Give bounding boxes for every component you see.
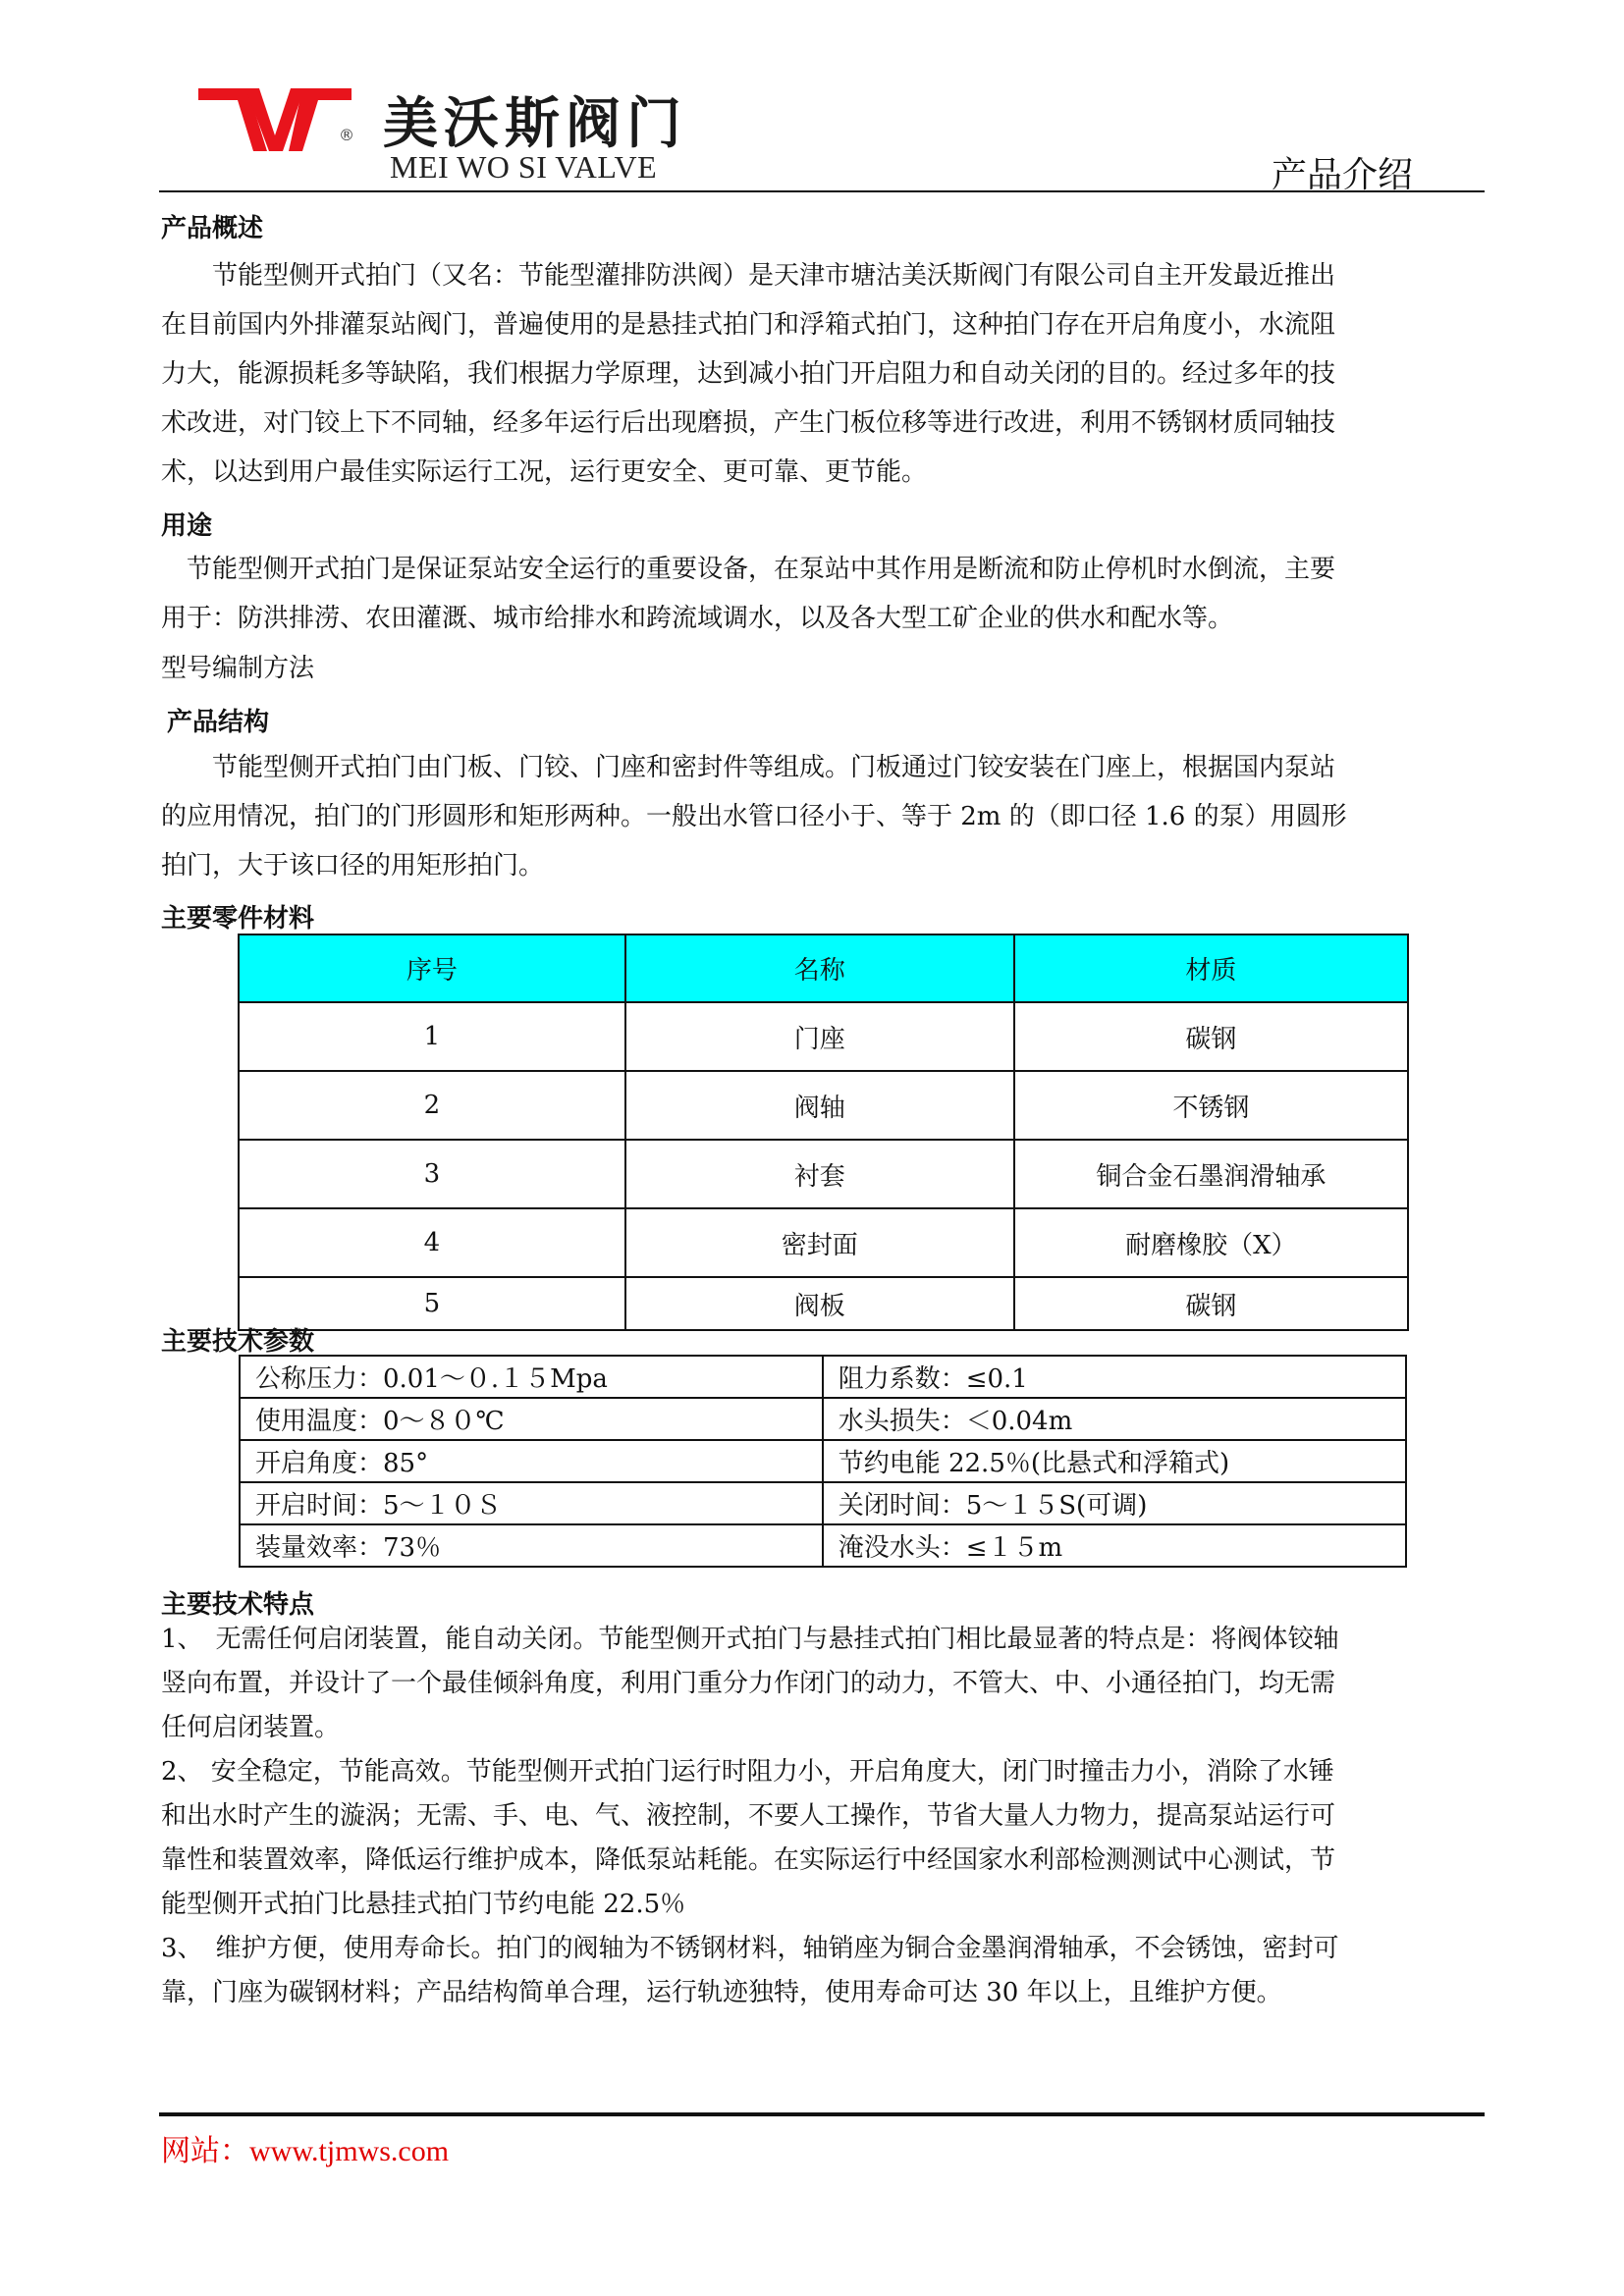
heading-parameters: 主要技术参数 [161,1321,314,1358]
param-cell: 阻力系数：≤0.1 [823,1356,1406,1398]
cell-index: 1 [239,1002,625,1071]
cell-part-name: 门座 [625,1002,1014,1071]
heading-usage: 用途 [161,506,212,542]
param-cell: 公称压力：0.01～０.１５Mpa [240,1356,823,1398]
parameters-table: 公称压力：0.01～０.１５Mpa 阻力系数：≤0.1 使用温度：0～８０℃ 水… [239,1355,1407,1568]
column-header: 序号 [239,934,625,1002]
table-header-row: 序号 名称 材质 [239,934,1408,1002]
table-row: 2 阀轴 不锈钢 [239,1071,1408,1140]
feature-line: 1、 无需任何启闭装置，能自动关闭。节能型侧开式拍门与悬挂式拍门相比最显著的特点… [161,1618,1489,1662]
cell-material: 碳钢 [1014,1277,1408,1330]
table-row: 使用温度：0～８０℃ 水头损失：＜0.04m [240,1398,1406,1440]
text-line: 拍门，大于该口径的用矩形拍门。 [161,841,1489,890]
paragraph-overview: 节能型侧开式拍门（又名：节能型灌排防洪阀）是天津市塘沽美沃斯阀门有限公司自主开发… [161,251,1489,497]
param-cell: 开启角度：85° [240,1440,823,1482]
text-line: 的应用情况，拍门的门形圆形和矩形两种。一般出水管口径小于、等于 2m 的（即口径… [161,792,1489,841]
param-cell: 使用温度：0～８０℃ [240,1398,823,1440]
company-logo-mark [196,86,353,153]
table-row: 3 衬套 铜合金石墨润滑轴承 [239,1140,1408,1208]
param-cell: 水头损失：＜0.04m [823,1398,1406,1440]
text-line: 术，以达到用户最佳实际运行工况，运行更安全、更可靠、更节能。 [161,448,1489,497]
param-cell: 装量效率：73％ [240,1524,823,1567]
cell-index: 4 [239,1208,625,1277]
paragraph-usage: 节能型侧开式拍门是保证泵站安全运行的重要设备，在泵站中其作用是断流和防止停机时水… [161,545,1489,643]
heading-structure: 产品结构 [167,702,269,738]
footer-divider [159,2112,1485,2116]
cell-index: 3 [239,1140,625,1208]
materials-table: 序号 名称 材质 1 门座 碳钢 2 阀轴 不锈钢 3 衬套 铜合金石墨润滑轴承… [238,934,1409,1331]
cell-material: 碳钢 [1014,1002,1408,1071]
cell-part-name: 密封面 [625,1208,1014,1277]
brand-name-cn: 美沃斯阀门 [383,80,687,159]
cell-part-name: 衬套 [625,1140,1014,1208]
registered-mark: ® [339,126,354,144]
table-row: 1 门座 碳钢 [239,1002,1408,1071]
table-row: 公称压力：0.01～０.１５Mpa 阻力系数：≤0.1 [240,1356,1406,1398]
heading-model-naming: 型号编制方法 [161,644,1489,693]
header-divider [159,190,1485,192]
column-header: 名称 [625,934,1014,1002]
brand-name-en: MEI WO SI VALVE [390,149,657,186]
text-line: 节能型侧开式拍门由门板、门铰、门座和密封件等组成。门板通过门铰安装在门座上，根据… [161,743,1489,792]
text-line: 力大，能源损耗多等缺陷，我们根据力学原理，达到减小拍门开启阻力和自动关闭的目的。… [161,349,1489,399]
paragraph-structure: 节能型侧开式拍门由门板、门铰、门座和密封件等组成。门板通过门铰安装在门座上，根据… [161,743,1489,890]
cell-index: 2 [239,1071,625,1140]
text-line: 在目前国内外排灌泵站阀门，普遍使用的是悬挂式拍门和浮箱式拍门，这种拍门存在开启角… [161,300,1489,349]
param-cell: 节约电能 22.5％(比悬式和浮箱式) [823,1440,1406,1482]
table-row: 4 密封面 耐磨橡胶（X） [239,1208,1408,1277]
feature-line: 2、 安全稳定，节能高效。节能型侧开式拍门运行时阻力小，开启角度大，闭门时撞击力… [161,1750,1489,1794]
param-cell: 淹没水头：≤１５m [823,1524,1406,1567]
logo-tw-icon [196,86,353,153]
param-cell: 开启时间：5～１０Ｓ [240,1482,823,1524]
table-row: 5 阀板 碳钢 [239,1277,1408,1330]
feature-line: 任何启闭装置。 [161,1706,1489,1750]
feature-line: 竖向布置，并设计了一个最佳倾斜角度，利用门重分力作闭门的动力，不管大、中、小通径… [161,1662,1489,1706]
feature-line: 3、 维护方便，使用寿命长。拍门的阀轴为不锈钢材料，轴销座为铜合金墨润滑轴承，不… [161,1927,1489,1971]
feature-line: 和出水时产生的漩涡；无需、手、电、气、液控制，不要人工操作，节省大量人力物力，提… [161,1794,1489,1839]
feature-line: 靠，门座为碳钢材料；产品结构简单合理，运行轨迹独特，使用寿命可达 30 年以上，… [161,1971,1489,2015]
feature-line: 靠性和装置效率，降低运行维护成本，降低泵站耗能。在实际运行中经国家水利部检测测试… [161,1839,1489,1883]
text-line: 术改进，对门铰上下不同轴，经多年运行后出现磨损，产生门板位移等进行改进，利用不锈… [161,399,1489,448]
cell-material: 耐磨橡胶（X） [1014,1208,1408,1277]
cell-material: 不锈钢 [1014,1071,1408,1140]
cell-part-name: 阀轴 [625,1071,1014,1140]
footer-website-link[interactable]: 网站：www.tjmws.com [161,2126,449,2169]
table-row: 装量效率：73％ 淹没水头：≤１５m [240,1524,1406,1567]
column-header: 材质 [1014,934,1408,1002]
text-line: 用于：防洪排涝、农田灌溉、城市给排水和跨流域调水，以及各大型工矿企业的供水和配水… [161,594,1489,643]
paragraph-features: 1、 无需任何启闭装置，能自动关闭。节能型侧开式拍门与悬挂式拍门相比最显著的特点… [161,1618,1489,2015]
heading-overview: 产品概述 [161,208,263,244]
table-row: 开启角度：85° 节约电能 22.5％(比悬式和浮箱式) [240,1440,1406,1482]
heading-materials: 主要零件材料 [161,898,314,934]
heading-features: 主要技术特点 [161,1584,314,1621]
param-cell: 关闭时间：5～１５S(可调) [823,1482,1406,1524]
cell-material: 铜合金石墨润滑轴承 [1014,1140,1408,1208]
text-line: 节能型侧开式拍门是保证泵站安全运行的重要设备，在泵站中其作用是断流和防止停机时水… [161,545,1489,594]
table-row: 开启时间：5～１０Ｓ 关闭时间：5～１５S(可调) [240,1482,1406,1524]
cell-part-name: 阀板 [625,1277,1014,1330]
text-line: 节能型侧开式拍门（又名：节能型灌排防洪阀）是天津市塘沽美沃斯阀门有限公司自主开发… [161,251,1489,300]
feature-line: 能型侧开式拍门比悬挂式拍门节约电能 22.5％ [161,1883,1489,1927]
